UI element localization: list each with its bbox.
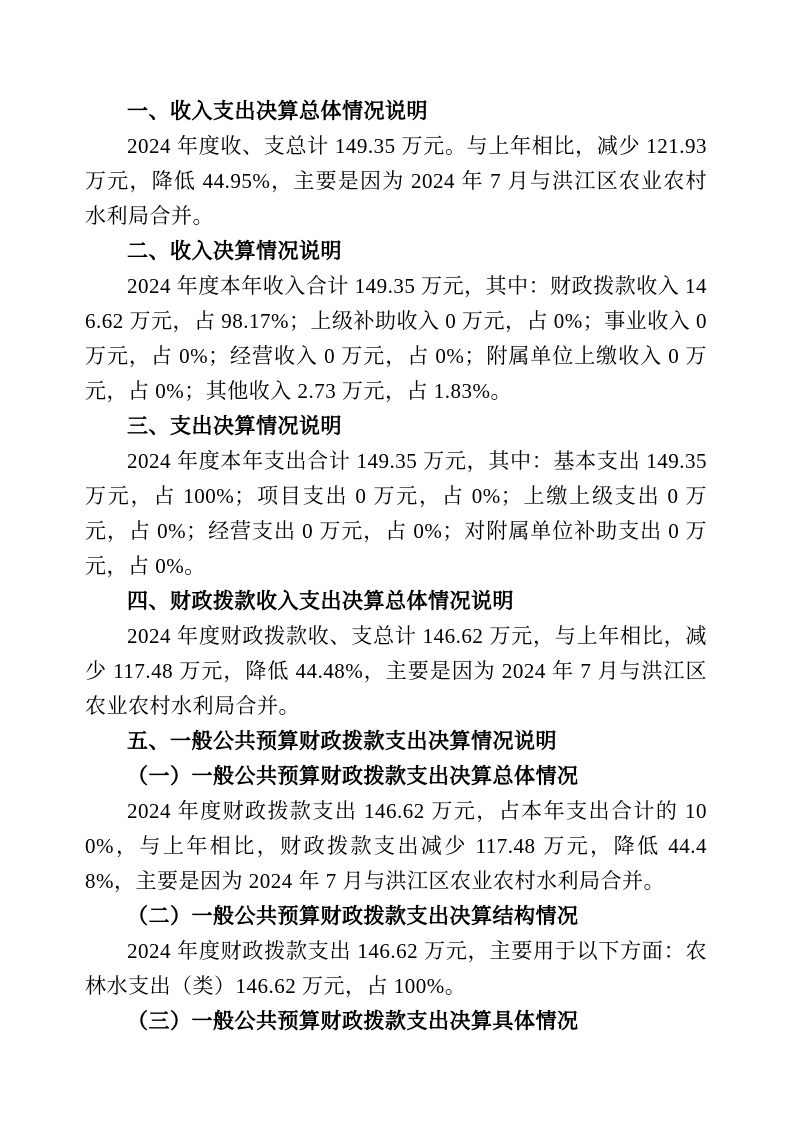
document-body: 一、收入支出决算总体情况说明 2024 年度收、支总计 149.35 万元。与上… [85, 94, 707, 1039]
heading-section-5: 五、一般公共预算财政拨款支出决算情况说明 [85, 724, 707, 759]
heading-section-4: 四、财政拨款收入支出决算总体情况说明 [85, 584, 707, 619]
para-section-5-sub-2: 2024 年度财政拨款支出 146.62 万元，主要用于以下方面：农林水支出（类… [85, 934, 707, 1004]
heading-section-5-sub-2: （二）一般公共预算财政拨款支出决算结构情况 [85, 899, 707, 934]
heading-section-1: 一、收入支出决算总体情况说明 [85, 94, 707, 129]
para-section-4: 2024 年度财政拨款收、支总计 146.62 万元，与上年相比，减少 117.… [85, 619, 707, 724]
heading-section-5-sub-3: （三）一般公共预算财政拨款支出决算具体情况 [85, 1004, 707, 1039]
para-section-3: 2024 年度本年支出合计 149.35 万元，其中：基本支出 149.35 万… [85, 444, 707, 584]
para-section-1: 2024 年度收、支总计 149.35 万元。与上年相比，减少 121.93 万… [85, 129, 707, 234]
heading-section-2: 二、收入决算情况说明 [85, 234, 707, 269]
para-section-5-sub-1: 2024 年度财政拨款支出 146.62 万元，占本年支出合计的 100%，与上… [85, 794, 707, 899]
document-page: 一、收入支出决算总体情况说明 2024 年度收、支总计 149.35 万元。与上… [0, 0, 793, 1122]
para-section-2: 2024 年度本年收入合计 149.35 万元，其中：财政拨款收入 146.62… [85, 269, 707, 409]
heading-section-3: 三、支出决算情况说明 [85, 409, 707, 444]
heading-section-5-sub-1: （一）一般公共预算财政拨款支出决算总体情况 [85, 759, 707, 794]
